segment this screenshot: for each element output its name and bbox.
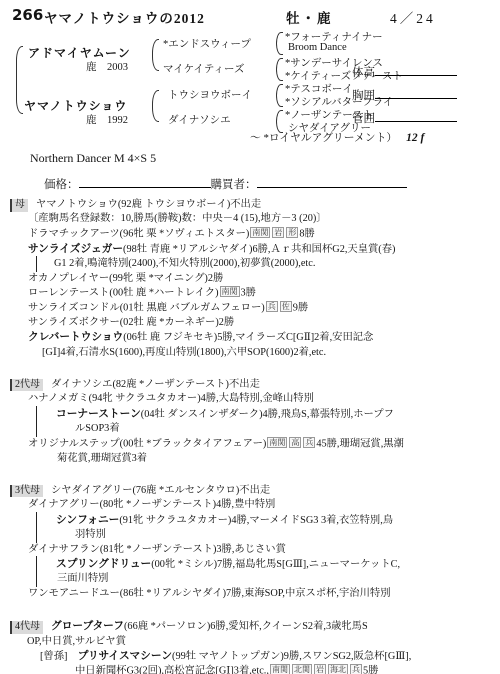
catalog-page: 266 ヤマノトウショウの2012 牡・鹿 4／24 アドマイヤムーン 鹿 20… — [0, 0, 500, 674]
catalog-line: 4代母グローブターフ(66鹿 *パーソロン)6勝,愛知杯,クイーンS2着,3歳牝… — [10, 619, 498, 634]
ggp-brace-3 — [276, 84, 283, 107]
text-run: ルSOP3着 — [75, 423, 120, 434]
generation-label: 4代母 — [10, 621, 43, 634]
text-run: ドラマチックアーツ(96牝 栗 *ソヴィエトスター) — [28, 228, 249, 239]
text-run: (66鹿 *パーソロン)6勝,愛知杯,クイーンS2着,3歳牝馬S — [124, 621, 368, 632]
catalog-line: スプリングドリュー(00牝 *ミシル)7勝,福島牝馬S[GⅢ],ニューマーケット… — [10, 557, 498, 572]
cannon-label: 管囲 — [352, 113, 375, 125]
catalog-line: 中日新聞杯G3(2回),高松宮記念[GⅠ]3着,etc.,南関北関岩海北兵5勝 — [10, 664, 498, 674]
ggp-brace-1 — [276, 32, 283, 55]
text-run: シヤダイアグリー(76鹿 *エルセンタウロ)不出走 — [51, 485, 270, 496]
page-title: ヤマノトウショウの2012 — [44, 7, 205, 27]
generation-label: 3代母 — [10, 485, 43, 498]
tree-connector-line — [36, 556, 37, 571]
dam-dam: ダイナソシエ — [168, 112, 231, 127]
catalog-line: ドラマチックアーツ(96牝 栗 *ソヴィエトスター)南関岩形8勝 — [10, 227, 498, 242]
catalog-line: [曾孫] プリサイスマシーン(99牡 マヤノトップガン)9勝,スワンSG2,阪急… — [10, 649, 498, 664]
catalog-line: オリジナルステップ(00牡 *ブラックタイアフェアー)南関高兵45勝,珊瑚冠賞,… — [10, 437, 498, 452]
catalog-line: 母ヤマノトウショウ(92鹿 トウシヨウボーイ)不出走 — [10, 198, 498, 212]
catalog-line: ダイナアグリー(80牝 *ノーザンテースト)4勝,豊中特別 — [10, 498, 498, 512]
section-dam: 母ヤマノトウショウ(92鹿 トウシヨウボーイ)不出走〔産駒馬名登録数：10,勝馬… — [10, 198, 498, 360]
tree-connector-line — [36, 527, 37, 542]
price-label: 価格： — [44, 179, 79, 191]
catalog-line: オカノプレイヤー(99牝 栗 *マイニング)2勝 — [10, 272, 498, 286]
catalog-line: サンライズコンドル(01牡 黒鹿 バブルガムフェロー)兵佐9勝 — [10, 301, 498, 316]
catalog-line: サンライズボクサー(02牡 鹿 *カーネギー)2勝 — [10, 316, 498, 330]
text-run: ローレンテースト(00牡 鹿 *ハートレイク) — [28, 287, 219, 298]
region-badge: 北関 — [292, 664, 312, 674]
catalog-line: 三面川特別 — [10, 572, 498, 586]
text-run: 中日新聞杯G3(2回),高松宮記念[GⅠ]3着,etc., — [75, 666, 269, 674]
ggp-2: Broom Dance — [288, 42, 347, 53]
height-blank-line — [375, 64, 457, 76]
pedigree-outer-brace — [16, 46, 23, 114]
text-run: (06牡 鹿 フジキセキ)5勝,マイラーズC[GⅡ]2着,安田記念 — [123, 332, 373, 343]
text-run: 9勝 — [293, 302, 308, 313]
catalog-line: シンフォニー(91牝 サクラユタカオー)4勝,マーメイドSG3 3着,衣笠特別,… — [10, 513, 498, 528]
price-blank-line — [79, 176, 211, 188]
text-run: (91牝 サクラユタカオー)4勝,マーメイドSG3 3着,衣笠特別,鳥 — [119, 515, 393, 526]
catalog-line: 菊花賞,珊瑚冠賞3着 — [10, 452, 498, 466]
catalog-line: OP,中日賞,サルビヤ賞 — [10, 635, 498, 649]
text-run: オリジナルステップ(00牡 *ブラックタイアフェアー) — [28, 438, 266, 449]
section-granddam3: 3代母シヤダイアグリー(76鹿 *エルセンタウロ)不出走ダイナアグリー(80牝 … — [10, 484, 498, 601]
text-run: 8勝 — [299, 228, 314, 239]
text-run: オカノプレイヤー(99牝 栗 *マイニング)2勝 — [28, 273, 223, 284]
region-badge: 南関 — [270, 664, 290, 674]
text-run: ダイナサフラン(81牝 *ノーザンテースト)3勝,あじさい賞 — [28, 544, 286, 555]
text-run: 3勝 — [241, 287, 256, 298]
sire-dam: マイケイティーズ — [163, 61, 244, 76]
region-badge: 高 — [289, 437, 301, 449]
catalog-line: コーナーストーン(04牡 ダンスインザダーク)4勝,飛鳥S,幕張特別,ホープフ — [10, 407, 498, 422]
sire-coat-year: 鹿 2003 — [86, 59, 128, 74]
dam-parents-brace — [152, 90, 159, 122]
generation-label: 2代母 — [10, 379, 43, 392]
ggp-brace-2 — [276, 58, 283, 81]
dam-sire: トウシヨウボーイ — [168, 87, 252, 102]
text-run: ダイナアグリー(80牝 *ノーザンテースト)4勝,豊中特別 — [28, 499, 275, 510]
horse-name: サンライズジェガー — [28, 242, 123, 255]
height-field: 体高 — [352, 64, 457, 80]
inbreeding-note: Northern Dancer M 4×S 5 — [30, 151, 156, 166]
catalog-sections: 母ヤマノトウショウ(92鹿 トウシヨウボーイ)不出走〔産駒馬名登録数：10,勝馬… — [10, 198, 498, 674]
region-badge: 岩 — [314, 664, 326, 674]
sire-sire: *エンドスウィープ — [163, 36, 251, 51]
text-run: 三面川特別 — [57, 573, 108, 584]
catalog-line: ダイナサフラン(81牝 *ノーザンテースト)3勝,あじさい賞 — [10, 543, 498, 557]
tree-connector-line — [36, 421, 37, 436]
region-badge: 南関 — [220, 286, 240, 298]
text-run: 〔産駒馬名登録数：10,勝馬(勝鞍)数：中央－4 (15),地方－3 (20)〕 — [28, 213, 327, 224]
horse-name: グローブターフ — [51, 619, 124, 632]
text-run: (04牡 ダンスインザダーク)4勝,飛鳥S,幕張特別,ホープフ — [141, 409, 394, 420]
text-run: サンライズボクサー(02牡 鹿 *カーネギー)2勝 — [28, 317, 234, 328]
dam-coat-year: 鹿 1992 — [86, 112, 128, 127]
section-granddam2: 2代母ダイナソシエ(82鹿 *ノーザンテースト)不出走ハナノメガミ(94牝 サク… — [10, 378, 498, 466]
catalog-line: 2代母ダイナソシエ(82鹿 *ノーザンテースト)不出走 — [10, 378, 498, 392]
region-badge: 佐 — [280, 301, 292, 313]
family-tail-text: ～ *ロイヤルアグリーメント） — [250, 132, 397, 144]
text-run: (98牡 青鹿 *リアルシヤダイ)6勝,Ａｒ共和国杯G2,天皇賞(春) — [123, 244, 395, 255]
horse-name: クレバートウショウ — [28, 330, 123, 343]
text-run: OP,中日賞,サルビヤ賞 — [27, 636, 126, 647]
generation-label: 母 — [10, 199, 28, 212]
horse-name: コーナーストーン — [56, 407, 141, 420]
horse-name: プリサイスマシーン — [78, 649, 172, 662]
catalog-line: クレバートウショウ(06牡 鹿 フジキセキ)5勝,マイラーズC[GⅡ]2着,安田… — [10, 330, 498, 345]
tree-connector-line — [36, 406, 37, 421]
catalog-line: ハナノメガミ(94牝 サクラユタカオー)4勝,大島特別,金峰山特別 — [10, 392, 498, 406]
catalog-line: ルSOP3着 — [10, 422, 498, 436]
catalog-line: ローレンテースト(00牡 鹿 *ハートレイク)南関3勝 — [10, 286, 498, 301]
region-badge: 海北 — [328, 664, 348, 674]
sex-coat-label: 牡・鹿 — [286, 7, 333, 27]
family-tail-line: ～ *ロイヤルアグリーメント）12 f — [250, 130, 424, 145]
text-run: ダイナソシエ(82鹿 *ノーザンテースト)不出走 — [51, 379, 260, 390]
page-number: 4／24 — [390, 7, 436, 27]
girth-blank-line — [375, 87, 457, 99]
tree-connector-line — [36, 512, 37, 527]
horse-name: スプリングドリュー — [56, 557, 151, 570]
girth-label: 胸囲 — [352, 90, 375, 102]
text-run: ハナノメガミ(94牝 サクラユタカオー)4勝,大島特別,金峰山特別 — [28, 393, 314, 404]
cannon-field: 管囲 — [352, 110, 457, 126]
horse-name: シンフォニー — [56, 513, 119, 526]
catalog-line: 羽特別 — [10, 528, 498, 542]
catalog-line: G1 2着,鳴滝特別(2400),不知火特別(2000),初夢賞(2000),e… — [10, 257, 498, 271]
region-badge: 兵 — [350, 664, 362, 674]
text-run: (00牝 *ミシル)7勝,福島牝馬S[GⅢ],ニューマーケットC, — [151, 559, 400, 570]
text-run: 5勝 — [363, 666, 378, 674]
text-run: 菊花賞,珊瑚冠賞3着 — [57, 453, 147, 464]
region-badge: 南関 — [267, 437, 287, 449]
buyer-blank-line — [257, 176, 407, 188]
catalog-line: 〔産駒馬名登録数：10,勝馬(勝鞍)数：中央－4 (15),地方－3 (20)〕 — [10, 212, 498, 226]
text-run: (99牡 マヤノトップガン)9勝,スワンSG2,阪急杯[GⅢ], — [172, 651, 411, 662]
text-run: ヤマノトウショウ(92鹿 トウシヨウボーイ)不出走 — [36, 199, 261, 210]
catalog-line: [GⅠ]4着,石清水S(1600),再度山特別(1800),六甲SOP(1600… — [10, 346, 498, 360]
text-run: サンライズコンドル(01牡 黒鹿 バブルガムフェロー) — [28, 302, 265, 313]
buyer-label: 購買者： — [211, 179, 257, 191]
text-run: [GⅠ]4着,石清水S(1600),再度山特別(1800),六甲SOP(1600… — [42, 347, 326, 358]
sire-parents-brace — [152, 39, 159, 71]
text-run: G1 2着,鳴滝特別(2400),不知火特別(2000),初夢賞(2000),e… — [54, 258, 315, 269]
text-run: [曾孫] — [40, 651, 78, 662]
tree-connector-line — [36, 571, 37, 586]
height-label: 体高 — [352, 67, 375, 79]
sale-line: 価格：購買者： — [44, 176, 407, 192]
cannon-blank-line — [375, 110, 457, 122]
text-run: 45勝,珊瑚冠賞,黒潮 — [316, 438, 404, 449]
tree-connector-line — [36, 256, 37, 271]
lot-number: 266 — [12, 6, 43, 24]
text-run: ワンモアニードユー(86牡 *リアルシヤダイ)7勝,東海SOP,中京スポ杯,宇治… — [28, 588, 391, 599]
text-run: 羽特別 — [75, 529, 106, 540]
catalog-line: 3代母シヤダイアグリー(76鹿 *エルセンタウロ)不出走 — [10, 484, 498, 498]
region-badge: 形 — [286, 227, 298, 239]
region-badge: 南関 — [250, 227, 270, 239]
girth-field: 胸囲 — [352, 87, 457, 103]
family-number: 12 f — [406, 132, 424, 144]
region-badge: 岩 — [272, 227, 284, 239]
region-badge: 兵 — [266, 301, 278, 313]
region-badge: 兵 — [303, 437, 315, 449]
catalog-line: サンライズジェガー(98牡 青鹿 *リアルシヤダイ)6勝,Ａｒ共和国杯G2,天皇… — [10, 242, 498, 257]
catalog-line: ワンモアニードユー(86牡 *リアルシヤダイ)7勝,東海SOP,中京スポ杯,宇治… — [10, 587, 498, 601]
section-granddam4: 4代母グローブターフ(66鹿 *パーソロン)6勝,愛知杯,クイーンS2着,3歳牝… — [10, 619, 498, 674]
